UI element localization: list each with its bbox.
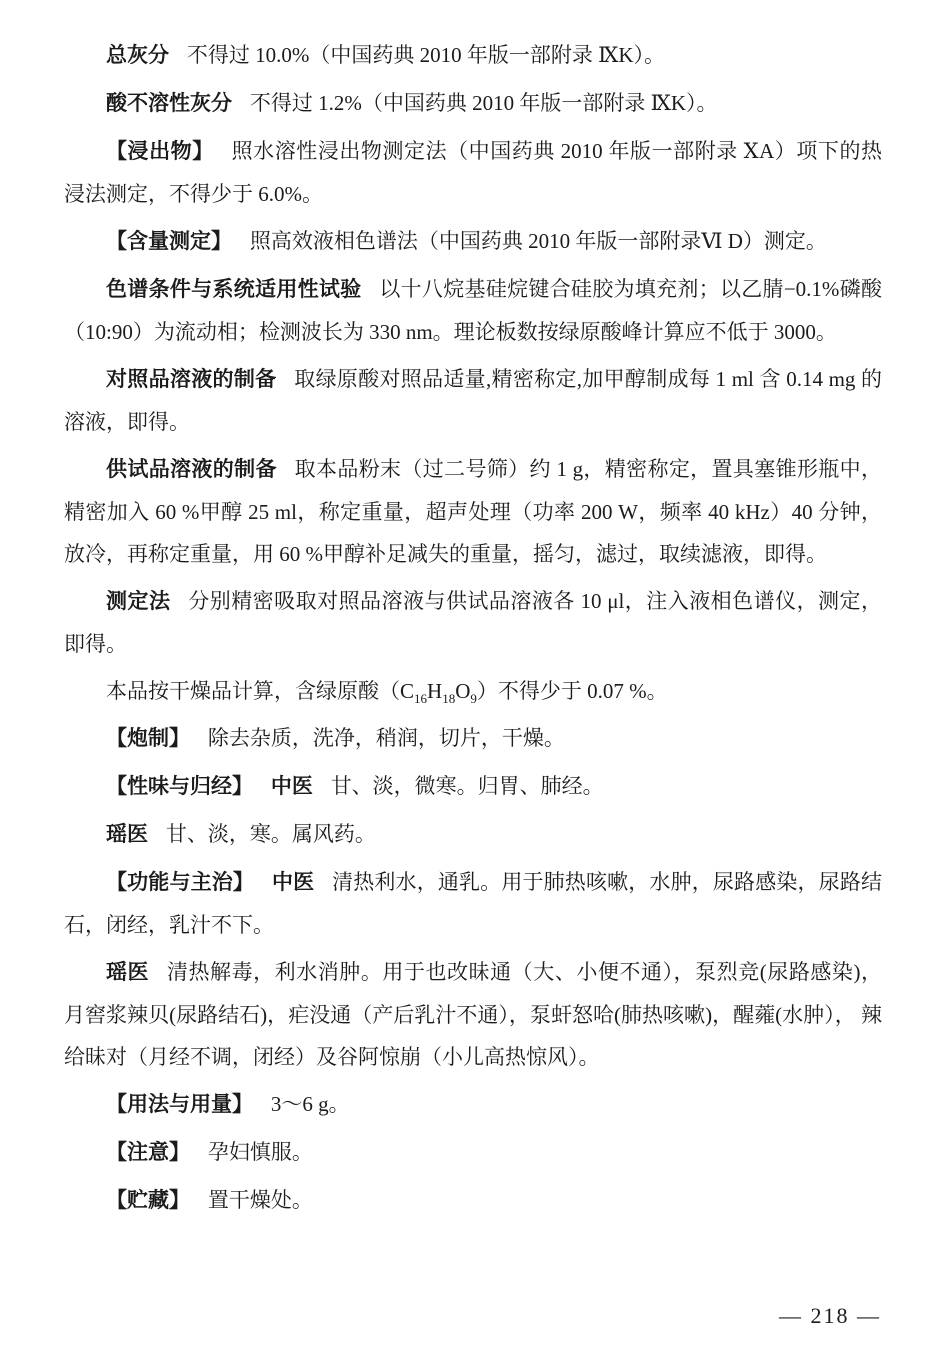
section-label: 【性味与归经】 xyxy=(106,775,253,798)
text-run: 不得过 10.0%（中国药典 2010 年版一部附录 ⅨK）。 xyxy=(187,43,665,67)
page: { "document": { "paragraphs": [ { "runs"… xyxy=(0,0,927,1353)
subscript-text: 16 xyxy=(414,691,427,706)
text-run: H xyxy=(427,679,442,703)
section-label: 瑶医 xyxy=(106,961,149,984)
text-run: 甘、淡，微寒。归胃、肺经。 xyxy=(331,774,604,798)
paragraph: 【贮藏】置干燥处。 xyxy=(64,1179,882,1222)
paragraph: 对照品溶液的制备取绿原酸对照品适量,精密称定,加甲醇制成每 1 ml 含 0.1… xyxy=(64,358,882,443)
paragraph: 总灰分不得过 10.0%（中国药典 2010 年版一部附录 ⅨK）。 xyxy=(64,34,882,77)
text-run: 照高效液相色谱法（中国药典 2010 年版一部附录Ⅵ D）测定。 xyxy=(250,229,827,253)
paragraph: 供试品溶液的制备取本品粉末（过二号筛）约 1 g，精密称定，置具塞锥形瓶中，精密… xyxy=(64,448,882,575)
text-run: 分别精密吸取对照品溶液与供试品溶液各 10 μl，注入液相色谱仪，测定，即得。 xyxy=(64,589,882,656)
section-label: 对照品溶液的制备 xyxy=(106,368,276,391)
paragraph: 本品按干燥品计算，含绿原酸（C16H18O9）不得少于 0.07 %。 xyxy=(64,670,882,712)
text-run: 孕妇慎服。 xyxy=(208,1140,313,1164)
text-run: 本品按干燥品计算，含绿原酸（C xyxy=(106,679,414,703)
subscript-text: 18 xyxy=(442,691,455,706)
section-label: 【炮制】 xyxy=(106,727,190,750)
paragraph: 【功能与主治】中医清热利水，通乳。用于肺热咳嗽，水肿，尿路感染，尿路结石，闭经，… xyxy=(64,861,882,946)
text-run: ）不得少于 0.07 %。 xyxy=(477,679,668,703)
section-label: 【贮藏】 xyxy=(106,1189,190,1212)
paragraph: 酸不溶性灰分不得过 1.2%（中国药典 2010 年版一部附录 ⅨK）。 xyxy=(64,82,882,125)
section-label: 中医 xyxy=(272,871,314,894)
paragraph: 【含量测定】照高效液相色谱法（中国药典 2010 年版一部附录Ⅵ D）测定。 xyxy=(64,220,882,263)
section-label: 【用法与用量】 xyxy=(106,1093,253,1116)
section-label: 中医 xyxy=(271,775,313,798)
paragraph: 测定法分别精密吸取对照品溶液与供试品溶液各 10 μl，注入液相色谱仪，测定，即… xyxy=(64,580,882,665)
section-label: 供试品溶液的制备 xyxy=(106,458,277,481)
document-body: 总灰分不得过 10.0%（中国药典 2010 年版一部附录 ⅨK）。酸不溶性灰分… xyxy=(64,34,882,1227)
paragraph: 【性味与归经】中医甘、淡，微寒。归胃、肺经。 xyxy=(64,765,882,808)
text-run: 置干燥处。 xyxy=(208,1188,313,1212)
paragraph: 色谱条件与系统适用性试验以十八烷基硅烷键合硅胶为填充剂；以乙腈−0.1%磷酸（1… xyxy=(64,268,882,353)
paragraph: 瑶医甘、淡，寒。属风药。 xyxy=(64,813,882,856)
text-run: 甘、淡，寒。属风药。 xyxy=(166,822,376,846)
page-number: — 218 — xyxy=(779,1303,881,1329)
section-label: 【功能与主治】 xyxy=(106,871,254,894)
section-label: 瑶医 xyxy=(106,823,148,846)
text-run: O xyxy=(455,679,470,703)
text-run: 清热解毒，利水消肿。用于也改昧通（大、小便不通），泵烈竞(尿路感染)，月窖浆辣贝… xyxy=(64,960,882,1069)
text-run: 除去杂质，洗净，稍润，切片，干燥。 xyxy=(208,726,565,750)
paragraph: 瑶医清热解毒，利水消肿。用于也改昧通（大、小便不通），泵烈竞(尿路感染)，月窖浆… xyxy=(64,951,882,1078)
section-label: 总灰分 xyxy=(106,44,169,67)
section-label: 色谱条件与系统适用性试验 xyxy=(106,278,361,301)
text-run: 不得过 1.2%（中国药典 2010 年版一部附录 ⅨK）。 xyxy=(250,91,718,115)
text-run: 3～6 g。 xyxy=(271,1092,350,1116)
section-label: 【浸出物】 xyxy=(106,140,214,163)
section-label: 测定法 xyxy=(106,590,170,613)
paragraph: 【注意】孕妇慎服。 xyxy=(64,1131,882,1174)
paragraph: 【用法与用量】3～6 g。 xyxy=(64,1083,882,1126)
paragraph: 【浸出物】照水溶性浸出物测定法（中国药典 2010 年版一部附录 ⅩA）项下的热… xyxy=(64,130,882,215)
section-label: 酸不溶性灰分 xyxy=(106,92,232,115)
paragraph: 【炮制】除去杂质，洗净，稍润，切片，干燥。 xyxy=(64,717,882,760)
section-label: 【含量测定】 xyxy=(106,230,232,253)
section-label: 【注意】 xyxy=(106,1141,190,1164)
